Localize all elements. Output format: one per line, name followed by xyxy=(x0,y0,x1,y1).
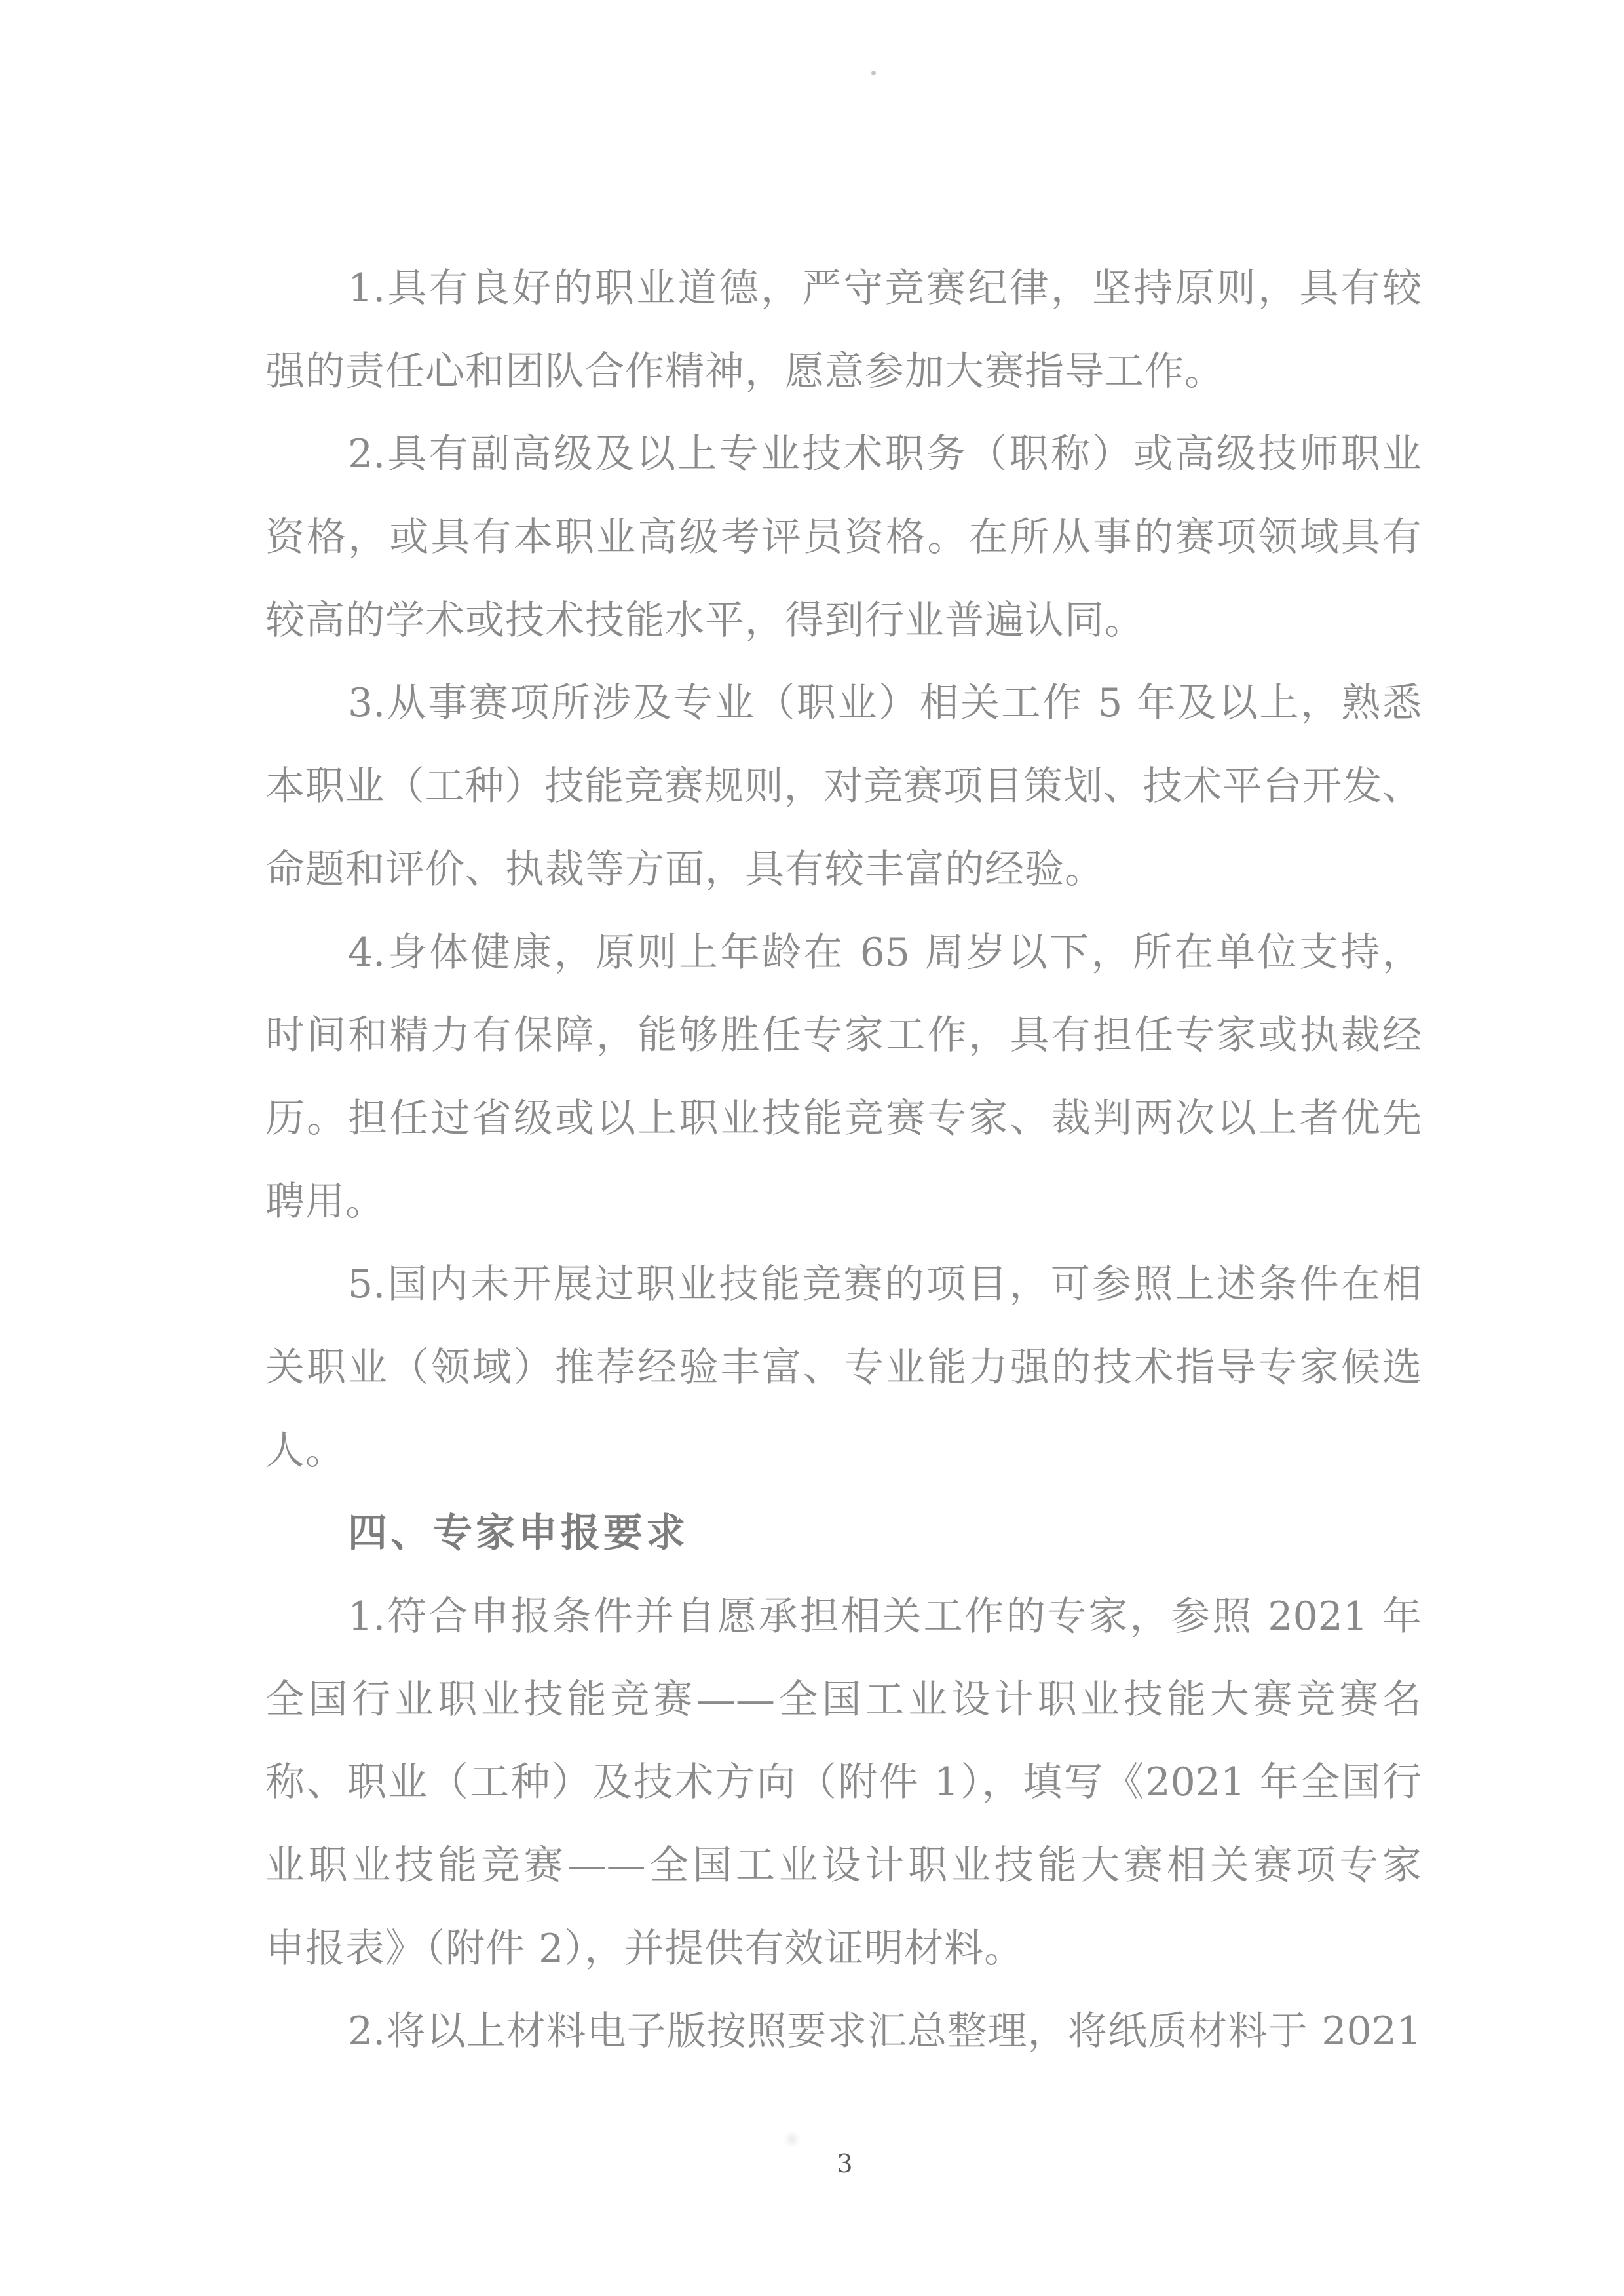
paragraph-line: 5.国内未开展过职业技能竞赛的项目，可参照上述条件在相 xyxy=(265,1243,1422,1326)
scan-speck xyxy=(871,71,876,75)
paragraph-line: 2.具有副高级及以上专业技术职务（职称）或高级技师职业 xyxy=(265,413,1422,496)
paragraph-line: 历。担任过省级或以上职业技能竞赛专家、裁判两次以上者优先 xyxy=(265,1077,1422,1160)
paragraph-line: 3.从事赛项所涉及专业（职业）相关工作 5 年及以上，熟悉 xyxy=(265,662,1422,745)
paragraph-line: 强的责任心和团队合作精神，愿意参加大赛指导工作。 xyxy=(265,330,1422,413)
paragraph-line: 2.将以上材料电子版按照要求汇总整理，将纸质材料于 2021 xyxy=(265,1990,1422,2073)
paragraph-line: 4.身体健康，原则上年龄在 65 周岁以下，所在单位支持， xyxy=(265,911,1422,995)
paragraph-line: 人。 xyxy=(265,1409,1422,1493)
page-number: 3 xyxy=(33,2149,1624,2178)
paragraph-line: 1.符合申报条件并自愿承担相关工作的专家，参照 2021 年 xyxy=(265,1575,1422,1658)
scan-smudge xyxy=(784,2131,801,2148)
paragraph-line: 本职业（工种）技能竞赛规则，对竞赛项目策划、技术平台开发、 xyxy=(265,745,1422,828)
paragraph-line: 业职业技能竞赛——全国工业设计职业技能大赛相关赛项专家 xyxy=(265,1824,1422,1907)
paragraph-line: 资格，或具有本职业高级考评员资格。在所从事的赛项领域具有 xyxy=(265,496,1422,579)
paragraph-line: 全国行业职业技能竞赛——全国工业设计职业技能大赛竞赛名 xyxy=(265,1658,1422,1742)
section-heading: 四、专家申报要求 xyxy=(265,1492,1422,1575)
paragraph-line: 较高的学术或技术技能水平，得到行业普遍认同。 xyxy=(265,579,1422,662)
paragraph-line: 称、职业（工种）及技术方向（附件 1），填写《2021 年全国行 xyxy=(265,1741,1422,1824)
paragraph-line: 命题和评价、执裁等方面，具有较丰富的经验。 xyxy=(265,828,1422,911)
document-body: 1.具有良好的职业道德，严守竞赛纪律，坚持原则，具有较 强的责任心和团队合作精神… xyxy=(265,247,1422,2073)
paragraph-line: 关职业（领域）推荐经验丰富、专业能力强的技术指导专家候选 xyxy=(265,1326,1422,1409)
paragraph-line: 申报表》（附件 2），并提供有效证明材料。 xyxy=(265,1907,1422,1991)
paragraph-line: 1.具有良好的职业道德，严守竞赛纪律，坚持原则，具有较 xyxy=(265,247,1422,330)
paragraph-line: 时间和精力有保障，能够胜任专家工作，具有担任专家或执裁经 xyxy=(265,994,1422,1077)
paragraph-line: 聘用。 xyxy=(265,1160,1422,1244)
document-page: 1.具有良好的职业道德，严守竞赛纪律，坚持原则，具有较 强的责任心和团队合作精神… xyxy=(0,0,1624,2296)
